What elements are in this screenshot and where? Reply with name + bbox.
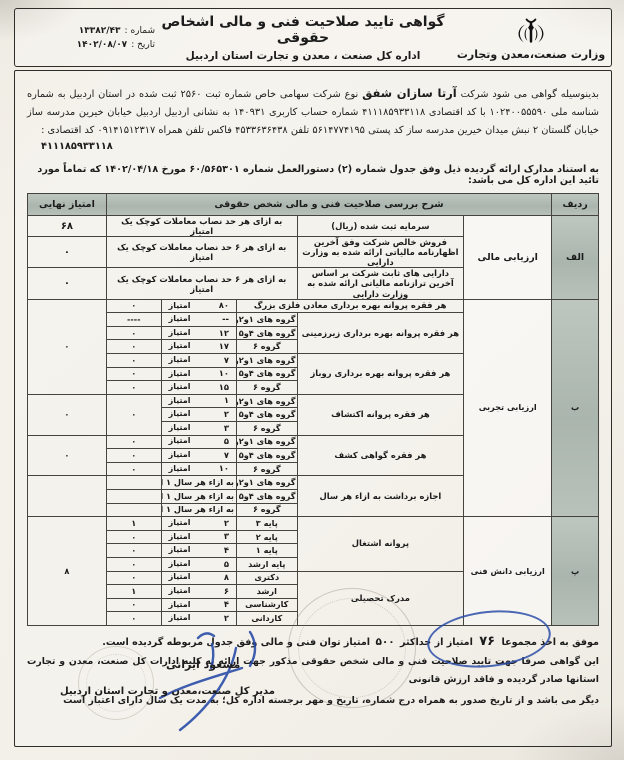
earned-cell: ۰ <box>106 394 161 435</box>
score-value: ۸۰ <box>219 301 229 310</box>
criteria-cell: به ازای هر ۶ حد نصاب معاملات کوچک یک امت… <box>106 268 297 299</box>
ministry-brand: وزارت صنعت،معدن وتجارت <box>451 15 611 61</box>
earned-cell: ۰ <box>106 381 161 395</box>
group-cell: گروه های ۴و۵ <box>237 408 298 422</box>
desc-cell: سرمایه ثبت شده (ریال) <box>297 216 464 237</box>
date-row: تاریخ : ۱۴۰۲/۰۸/۰۷ <box>25 40 155 50</box>
total-score-line: موفق به اخذ مجموعا ۷۶ امتیاز از حداکثر ۵… <box>27 634 599 649</box>
score-cell: ۱۲امتیاز <box>161 326 236 340</box>
group-cell: گروه های ۴و۵ <box>237 489 298 503</box>
final-score-cell: ۰ <box>28 394 107 435</box>
economic-code-value: ۴۱۱۱۸۵۹۳۳۱۱۸ <box>27 140 599 155</box>
score-unit: امتیاز <box>169 601 191 610</box>
group-cell: کارشناسی <box>237 598 298 612</box>
category-cell: ارزیابی تجربی <box>464 299 552 517</box>
group-cell: پایه ارشد <box>237 557 298 571</box>
desc-cell: اجازه برداشت به ازاء هر سال <box>297 476 464 517</box>
date-value: ۱۴۰۲/۰۸/۰۷ <box>77 40 128 50</box>
final-score-cell: ۶۸ <box>28 216 107 237</box>
score-cell: ۱۷امتیاز <box>161 340 236 354</box>
earned-cell <box>106 503 161 517</box>
score-cell: ۲امتیاز <box>161 517 236 531</box>
desc-cell: هر فقره پروانه بهره برداری زیرزمینی <box>297 313 464 354</box>
score-unit: امتیاز <box>169 546 191 555</box>
max-score-value: ۵۰۰ <box>373 636 396 648</box>
score-value: ۵ <box>224 437 229 446</box>
score-value: ۳ <box>224 532 229 541</box>
issuing-office: اداره کل صنعت ، معدن و تجارت استان اردبی… <box>155 50 451 62</box>
serial-label: شماره : <box>125 26 155 36</box>
group-cell: ارشد <box>237 585 298 599</box>
desc-cell: هر فقره پروانه بهره برداری معادن فلزی بز… <box>237 299 464 313</box>
earned-cell: ۱ <box>106 517 161 531</box>
group-cell: پایه ۲ <box>237 530 298 544</box>
score-cell: ۵امتیاز <box>161 435 236 449</box>
group-cell: گروه های ۱و۲و۳ <box>237 354 298 368</box>
score-value: ۱۲ <box>219 329 229 338</box>
table-row: الف ارزیابی مالی سرمایه ثبت شده (ریال) ب… <box>28 216 599 237</box>
score-value: ۷ <box>224 356 229 365</box>
score-value: ۲ <box>224 519 229 528</box>
score-cell: ۴امتیاز <box>161 544 236 558</box>
score-unit: امتیاز <box>169 519 191 528</box>
score-value: ۱ <box>224 396 229 405</box>
score-value: -- <box>222 315 229 324</box>
earned-cell <box>106 489 161 503</box>
radif-cell: پ <box>552 517 599 626</box>
score-cell: ۱امتیاز <box>161 394 236 408</box>
total-text-3: امتیاز توان فنی و مالی وفق جدول مربوطه گ… <box>102 637 370 648</box>
score-value: ۱۰ <box>219 369 229 378</box>
score-unit: امتیاز <box>169 614 191 623</box>
earned-cell: ۰ <box>106 571 161 585</box>
score-cell: --امتیاز <box>161 313 236 327</box>
score-cell: ۶امتیاز <box>161 585 236 599</box>
score-cell: به ازاء هر سال ۱ امتیاز <box>161 489 236 503</box>
desc-cell: هر فقره گواهی کشف <box>297 435 464 476</box>
final-score-cell: ۰ <box>28 299 107 394</box>
score-cell: ۳امتیاز <box>161 530 236 544</box>
earned-cell: ۰ <box>106 367 161 381</box>
group-cell: پایه ۳ <box>237 517 298 531</box>
earned-cell: ۰ <box>106 354 161 368</box>
score-value: ۴ <box>224 600 229 609</box>
final-score-cell: ۰ <box>28 435 107 476</box>
group-cell: گروه های ۱و۲و۳ <box>237 313 298 327</box>
certificate-header: وزارت صنعت،معدن وتجارت گواهی تایید صلاحی… <box>14 8 612 67</box>
group-cell: گروه های ۱و۲و۳ <box>237 394 298 408</box>
score-unit: امتیاز <box>169 370 191 379</box>
score-unit: امتیاز <box>169 424 191 433</box>
group-cell: گروه های ۱و۲و۳ <box>237 476 298 490</box>
group-cell: گروه های ۱و۲و۳ <box>237 435 298 449</box>
score-unit: امتیاز <box>169 356 191 365</box>
group-cell: گروه های ۴و۵ <box>237 449 298 463</box>
score-value: ۵ <box>224 560 229 569</box>
category-cell: ارزیابی دانش فنی <box>464 517 552 626</box>
signatory-role: مدیر کل صنعت،معدن و تجارت استان اردبیل <box>60 686 275 697</box>
ministry-name: وزارت صنعت،معدن وتجارت <box>457 48 605 61</box>
desc-cell: دارایی های ثابت شرکت بر اساس آخرین ترازن… <box>297 268 464 299</box>
disclaimer-line-1: این گواهی صرفا جهت تایید صلاحیت فنی و ما… <box>27 653 599 688</box>
score-unit: امتیاز <box>169 342 191 351</box>
total-score-value: ۷۶ <box>476 634 498 649</box>
criteria-cell: به ازای هر حد نصاب معاملات کوچک یک امتیا… <box>106 216 297 237</box>
score-cell: ۷امتیاز <box>161 354 236 368</box>
group-cell: دکتری <box>237 571 298 585</box>
score-cell: ۸امتیاز <box>161 571 236 585</box>
final-score-cell: ۸ <box>28 517 107 626</box>
earned-cell: ۰ <box>106 340 161 354</box>
certificate-titles: گواهی تایید صلاحیت فنی و مالی اشخاص حقوق… <box>155 14 451 62</box>
score-cell: ۵امتیاز <box>161 557 236 571</box>
table-header-row: ردیف شرح بررسی صلاحیت فنی و مالی شخص حقو… <box>28 194 599 216</box>
group-cell: گروه ۶ <box>237 462 298 476</box>
earned-cell: ۰ <box>106 462 161 476</box>
score-cell: ۱۰امتیاز <box>161 367 236 381</box>
total-text-1: موفق به اخذ مجموعا <box>501 637 599 648</box>
earned-cell: ۰ <box>106 299 161 313</box>
score-value: ۲ <box>224 614 229 623</box>
score-value: ۳ <box>224 424 229 433</box>
earned-cell: ۰ <box>106 557 161 571</box>
serial-row: شماره : ۱۳۳۸۲/۴۳ <box>25 26 155 36</box>
score-unit: امتیاز <box>169 397 191 406</box>
earned-cell: ۰ <box>106 612 161 626</box>
intro-text-before: بدینوسیله گواهی می شود شرکت <box>461 89 599 100</box>
iran-emblem-icon <box>509 17 553 47</box>
table-row: پ ارزیابی دانش فنی پروانه اشتغال پایه ۳ … <box>28 517 599 531</box>
score-unit: امتیاز <box>169 451 191 460</box>
score-value: ۴ <box>224 546 229 555</box>
score-cell: به ازاء هر سال ۱ امتیاز <box>161 503 236 517</box>
earned-cell: ---- <box>106 313 161 327</box>
earned-cell: ۰ <box>106 530 161 544</box>
company-name: آرتا سازان شفق <box>362 86 457 100</box>
desc-cell: پروانه اشتغال <box>297 517 464 571</box>
score-unit: امتیاز <box>169 383 191 392</box>
scanned-certificate-page: وزارت صنعت،معدن وتجارت گواهی تایید صلاحی… <box>0 0 624 760</box>
score-unit: امتیاز <box>169 560 191 569</box>
earned-cell: ۰ <box>106 449 161 463</box>
serial-value: ۱۳۳۸۲/۴۳ <box>79 26 121 36</box>
group-cell: گروه ۶ <box>237 503 298 517</box>
group-cell: گروه های ۴و۵ <box>237 326 298 340</box>
total-text-2: امتیاز از حداکثر <box>400 637 473 648</box>
score-value: ۶ <box>224 587 229 596</box>
group-cell: گروه ۶ <box>237 340 298 354</box>
score-value: ۲ <box>224 410 229 419</box>
group-cell: کاردانی <box>237 612 298 626</box>
score-cell: ۸۰امتیاز <box>161 299 236 313</box>
score-cell: ۷امتیاز <box>161 449 236 463</box>
serial-block: شماره : ۱۳۳۸۲/۴۳ تاریخ : ۱۴۰۲/۰۸/۰۷ <box>15 22 155 54</box>
col-header-description: شرح بررسی صلاحیت فنی و مالی شخص حقوقی <box>106 194 551 216</box>
basis-line: به استناد مدارک ارائه گردیده ذیل وفق جدو… <box>27 164 599 186</box>
radif-cell: الف <box>552 216 599 299</box>
score-cell: ۱۵امتیاز <box>161 381 236 395</box>
score-value: ۷ <box>224 451 229 460</box>
score-unit: امتیاز <box>169 315 191 324</box>
score-unit: امتیاز <box>169 587 191 596</box>
earned-cell: ۰ <box>106 598 161 612</box>
group-cell: گروه های ۴و۵ <box>237 367 298 381</box>
earned-cell: ۰ <box>106 544 161 558</box>
score-cell: ۲امتیاز <box>161 612 236 626</box>
score-cell: به ازاء هر سال ۱ امتیاز <box>161 476 236 490</box>
earned-cell <box>106 476 161 490</box>
group-cell: گروه ۶ <box>237 421 298 435</box>
earned-cell: ۰ <box>106 326 161 340</box>
final-score-cell: ۰ <box>28 237 107 268</box>
score-value: ۸ <box>224 573 229 582</box>
desc-cell: هر فقره پروانه بهره برداری روباز <box>297 354 464 395</box>
category-cell: ارزیابی مالی <box>464 216 552 299</box>
desc-cell: مدرک تحصیلی <box>297 571 464 625</box>
radif-cell: ب <box>552 299 599 517</box>
earned-cell: ۱ <box>106 585 161 599</box>
desc-cell: هر فقره پروانه اکتشاف <box>297 394 464 435</box>
score-value: ۱۷ <box>219 342 229 351</box>
score-cell: ۱۰امتیاز <box>161 462 236 476</box>
desc-cell: فروش خالص شرکت وفق آخرین اظهارنامه مالیا… <box>297 237 464 268</box>
group-cell: گروه ۶ <box>237 381 298 395</box>
score-cell: ۳امتیاز <box>161 421 236 435</box>
table-row: ب ارزیابی تجربی هر فقره پروانه بهره بردا… <box>28 299 599 313</box>
score-unit: امتیاز <box>169 533 191 542</box>
col-header-radif: ردیف <box>552 194 599 216</box>
intro-paragraph: بدینوسیله گواهی می شود شرکت آرتا سازان ش… <box>27 83 599 140</box>
score-unit: امتیاز <box>169 437 191 446</box>
group-cell: پایه ۱ <box>237 544 298 558</box>
score-unit: امتیاز <box>169 302 191 311</box>
certificate-body: بدینوسیله گواهی می شود شرکت آرتا سازان ش… <box>14 70 612 747</box>
criteria-cell: به ازای هر ۶ حد نصاب معاملات کوچک یک امت… <box>106 237 297 268</box>
score-unit: امتیاز <box>169 410 191 419</box>
score-cell: ۴امتیاز <box>161 598 236 612</box>
score-unit: امتیاز <box>169 329 191 338</box>
col-header-final-score: امتیاز نهایی <box>28 194 107 216</box>
score-unit: امتیاز <box>169 465 191 474</box>
evaluation-table: ردیف شرح بررسی صلاحیت فنی و مالی شخص حقو… <box>27 193 599 626</box>
score-value: ۱۵ <box>219 383 229 392</box>
final-score-cell <box>28 476 107 517</box>
score-cell: ۲امتیاز <box>161 408 236 422</box>
final-score-cell: ۰ <box>28 268 107 299</box>
certificate-title: گواهی تایید صلاحیت فنی و مالی اشخاص حقوق… <box>155 14 451 46</box>
earned-cell: ۰ <box>106 435 161 449</box>
score-unit: امتیاز <box>169 573 191 582</box>
date-label: تاریخ : <box>131 40 155 50</box>
signatory-name: مسعود ایرانی <box>166 658 240 671</box>
score-value: ۱۰ <box>219 464 229 473</box>
